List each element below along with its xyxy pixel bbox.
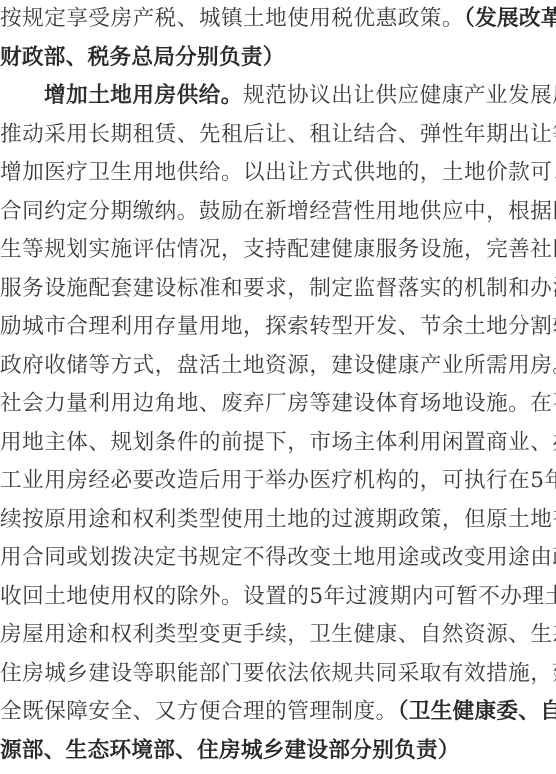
text-line: 续按原用途和权利类型使用土地的过渡期政策，但原土地有偿使 (0, 501, 556, 540)
document-body: 按规定享受房产税、城镇土地使用税优惠政策。（发展改革委、 财政部、税务总局分别负… (0, 0, 556, 770)
responsible-departments: 源部、生态环境部、住房城乡建设部分别负责） (0, 738, 460, 763)
responsible-departments: （卫生健康委、自然资 (398, 699, 556, 724)
text-line: 按规定享受房产税、城镇土地使用税优惠政策。（发展改革委、 (0, 0, 556, 39)
text-line: 增加医疗卫生用地供给。以出让方式供地的，土地价款可以按照 (0, 154, 556, 193)
responsible-departments: 财政部、税务总局分别负责） (0, 45, 285, 70)
text-line: 工业用房经必要改造后用于举办医疗机构的，可执行在5年内继 (0, 462, 556, 501)
text-line: 励城市合理利用存量用地，探索转型开发、节余土地分割转让、 (0, 308, 556, 347)
text-line: 财政部、税务总局分别负责） (0, 39, 556, 78)
text-line: 全既保障安全、又方便合理的管理制度。（卫生健康委、自然资 (0, 693, 556, 732)
text-line: 生等规划实施评估情况，支持配建健康服务设施，完善社区健康 (0, 231, 556, 270)
text-line: 用地主体、规划条件的前提下，市场主体利用闲置商业、办公、 (0, 424, 556, 463)
paragraph-text: 规范协议出让供应健康产业发展用地， (243, 83, 556, 108)
text-line: 住房城乡建设等职能部门要依法依规共同采取有效措施，建立健 (0, 655, 556, 694)
text-line: 源部、生态环境部、住房城乡建设部分别负责） (0, 732, 556, 771)
text-line: 用合同或划拨决定书规定不得改变土地用途或改变用途由政府 (0, 539, 556, 578)
text-line: 服务设施配套建设标准和要求，制定监督落实的机制和办法。鼓 (0, 270, 556, 309)
paragraph-text: 全既保障安全、又方便合理的管理制度。 (0, 699, 398, 724)
text-line: 政府收储等方式，盘活土地资源，建设健康产业所需用房。支持 (0, 347, 556, 386)
text-line: 收回土地使用权的除外。设置的5年过渡期内可暂不办理土地、 (0, 578, 556, 617)
text-line: 房屋用途和权利类型变更手续，卫生健康、自然资源、生态环境、 (0, 616, 556, 655)
text-line: 推动采用长期租赁、先租后让、租让结合、弹性年期出让等方式， (0, 116, 556, 155)
text-line: 社会力量利用边角地、废弃厂房等建设体育场地设施。在不改变 (0, 385, 556, 424)
text-line: 合同约定分期缴纳。鼓励在新增经营性用地供应中，根据区域卫 (0, 193, 556, 232)
paragraph-text: 按规定享受房产税、城镇土地使用税优惠政策。 (0, 6, 464, 31)
text-line: 增加土地用房供给。规范协议出让供应健康产业发展用地， (0, 77, 556, 116)
paragraph-heading: 增加土地用房供给。 (44, 83, 243, 108)
responsible-departments: （发展改革委、 (464, 6, 556, 31)
